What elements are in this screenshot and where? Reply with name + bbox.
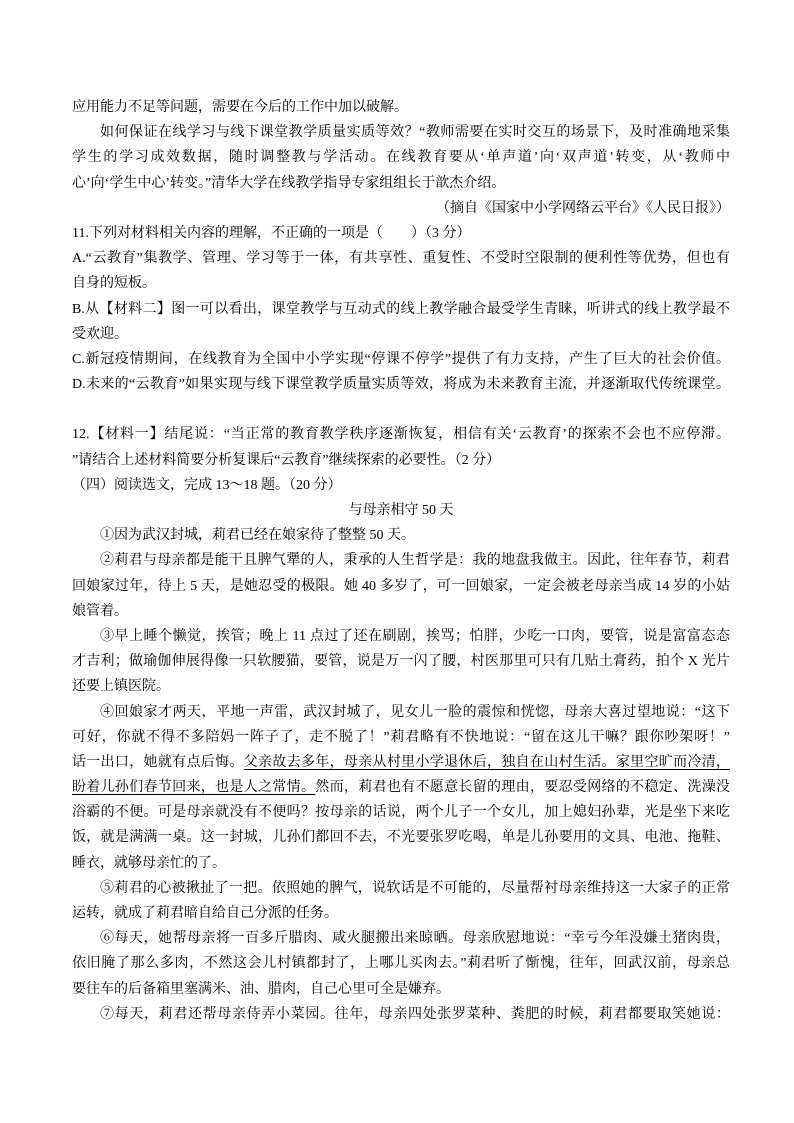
paragraph-line: 如何保证在线学习与线下课堂教学质量实质等效？“教师需要在实时交互的场景下，及时准… (72, 120, 730, 145)
essay-paragraph-4-line: 可好，你就不得不多陪妈一阵子了，走不脱了！”莉君略有不快地说：“留在这儿干嘛？跟… (72, 725, 730, 750)
essay-paragraph-3-line: 才吉利；做瑜伽伸展得像一只软腰猫，要管，说是万一闪了腰，村医那里可只有几贴土膏药… (72, 649, 730, 674)
plain-text-segment: 然而，莉君也有不愿意长留的理由，要忍受网络的不稳定、洗澡没 (315, 780, 730, 795)
paragraph-continuation-line: 应用能力不足等问题，需要在今后的工作中加以破解。 (72, 95, 730, 120)
blank-line (72, 397, 730, 422)
underlined-passage: 父亲故去多年，母亲从村里小学退休后，独自在山村生活。家里空旷而冷清， (244, 755, 730, 770)
essay-paragraph-4-line: 盼着儿孙们春节回来，也是人之常情。然而，莉君也有不愿意长留的理由，要忍受网络的不… (72, 775, 730, 800)
essay-paragraph-4-line: 睡衣，就够母亲忙的了。 (72, 851, 730, 876)
paragraph-line: 学生的学习成效数据，随时调整教与学活动。在线教育要从‘单声道’向‘双声道’转变，… (72, 145, 730, 170)
paragraph-line: 心’向‘学生中心’转变。”清华大学在线教学指导专家组组长于歆杰介绍。 (72, 171, 730, 196)
essay-paragraph-7-line: ⑦每天，莉君还帮母亲侍弄小菜园。往年，母亲四处张罗菜种、粪肥的时候，莉君都要取笑… (72, 1002, 730, 1027)
section-4-header: （四）阅读选文，完成 13～18 题。（20 分） (72, 473, 730, 498)
essay-paragraph-5-line: ⑤莉君的心被揪扯了一把。依照她的脾气，说软话是不可能的，尽量帮衬母亲维持这一大家… (72, 876, 730, 901)
essay-paragraph-3-line: 还要上镇医院。 (72, 674, 730, 699)
essay-paragraph-6-line: 依旧腌了那么多肉，不然这会儿村镇都封了，上哪儿买肉去。”莉君听了惭愧，往年，回武… (72, 951, 730, 976)
question-12-line: 12.【材料一】结尾说：“当正常的教育教学秩序逐渐恢复，相信有关‘云教育’的探索… (72, 422, 730, 447)
essay-paragraph-4-line: 话一出口，她就有点后悔。父亲故去多年，母亲从村里小学退休后，独自在山村生活。家里… (72, 750, 730, 775)
option-a-line: 自身的短板。 (72, 271, 730, 296)
option-b-line: 受欢迎。 (72, 322, 730, 347)
essay-paragraph-4-line: ④回娘家才两天，平地一声雷，武汉封城了，见女儿一脸的震惊和恍惚，母亲大喜过望地说… (72, 700, 730, 725)
essay-paragraph-2-line: ②莉君与母亲都是能干且脾气犟的人，秉承的人生哲学是：我的地盘我做主。因此，往年春… (72, 548, 730, 573)
essay-title: 与母亲相守 50 天 (72, 498, 730, 523)
essay-paragraph-1-line: ①因为武汉封城，莉君已经在娘家待了整整 50 天。 (72, 523, 730, 548)
question-11-stem: 11.下列对材料相关内容的理解，不正确的一项是（ ）（3 分） (72, 221, 730, 246)
essay-paragraph-6-line: ⑥每天，她帮母亲将一百多斤腊肉、咸火腿搬出来晾晒。母亲欣慰地说：“幸亏今年没嫌土… (72, 926, 730, 951)
essay-paragraph-6-line: 要往车的后备箱里塞满米、油、腊肉，自己心里可全是嫌弃。 (72, 977, 730, 1002)
essay-paragraph-5-line: 运转，就成了莉君暗自给自己分派的任务。 (72, 901, 730, 926)
option-a-line: A.“云教育”集教学、管理、学习等于一体，有共享性、重复性、不受时空限制的便利性… (72, 246, 730, 271)
source-attribution: （摘自《国家中小学网络云平台》《人民日报》） (72, 196, 730, 221)
essay-paragraph-2-line: 回娘家过年，待上 5 天，是她忍受的极限。她 40 多岁了，可一回娘家，一定会被… (72, 574, 730, 599)
essay-paragraph-2-line: 娘管着。 (72, 599, 730, 624)
option-c-line: C.新冠疫情期间，在线教育为全国中小学实现“停课不停学”提供了有力支持，产生了巨… (72, 347, 730, 372)
essay-paragraph-3-line: ③早上睡个懒觉，挨管；晚上 11 点过了还在刷剧，挨骂；怕胖，少吃一口肉，要管，… (72, 624, 730, 649)
underlined-passage: 盼着儿孙们春节回来，也是人之常情。 (72, 780, 315, 795)
exam-page-text-block: 应用能力不足等问题，需要在今后的工作中加以破解。 如何保证在线学习与线下课堂教学… (72, 95, 730, 1027)
essay-paragraph-4-line: 饭，就是满满一桌。这一封城，儿孙们都回不去，不光要张罗吃喝，单是儿孙要用的文具、… (72, 825, 730, 850)
option-d-line: D.未来的“云教育”如果实现与线下课堂教学质量实质等效，将成为未来教育主流，并逐… (72, 372, 730, 397)
essay-paragraph-4-line: 浴霸的不便。可是母亲就没有不便吗？按母亲的话说，两个儿子一个女儿，加上媳妇孙辈，… (72, 800, 730, 825)
plain-text-segment: 话一出口，她就有点后悔。 (72, 755, 244, 770)
option-b-line: B.从【材料二】图一可以看出，课堂教学与互动式的线上教学融合最受学生青睐，听讲式… (72, 297, 730, 322)
question-12-line: ”请结合上述材料简要分析复课后“云教育”继续探索的必要性。（2 分） (72, 448, 730, 473)
